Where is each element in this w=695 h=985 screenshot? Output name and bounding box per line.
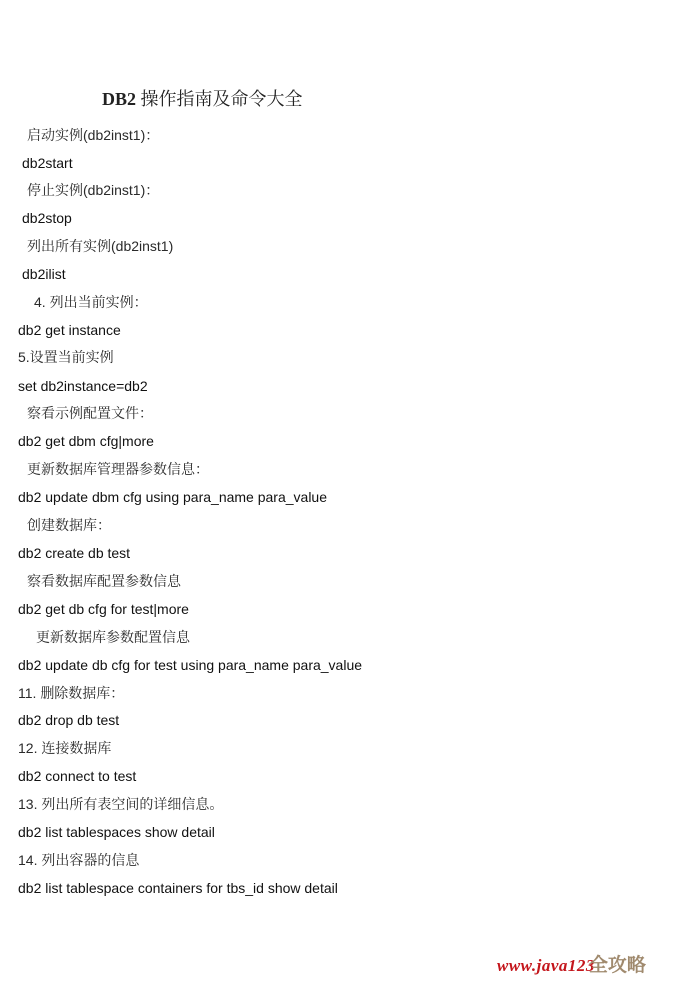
- command-line: db2start: [22, 153, 73, 173]
- section-heading: 启动实例(db2inst1)：: [27, 125, 159, 145]
- document-page: DB2 操作指南及命令大全 启动实例(db2inst1)：db2start停止实…: [0, 0, 695, 985]
- section-heading: 5.设置当前实例: [18, 347, 114, 367]
- section-heading: 13. 列出所有表空间的详细信息。: [18, 794, 223, 814]
- command-line: db2 list tablespaces show detail: [18, 822, 215, 842]
- command-line: db2 list tablespace containers for tbs_i…: [18, 878, 338, 898]
- document-title: DB2 操作指南及命令大全: [102, 86, 303, 112]
- command-line: db2 get db cfg for test|more: [18, 599, 189, 619]
- section-heading: 更新数据库参数配置信息: [36, 627, 190, 647]
- section-heading: 列出所有实例(db2inst1): [27, 236, 173, 256]
- watermark-url: www.java123: [497, 956, 595, 975]
- command-line: db2 get instance: [18, 320, 121, 340]
- site-watermark: www.java123全攻略: [497, 950, 646, 977]
- command-line: db2 create db test: [18, 543, 130, 563]
- section-heading: 12. 连接数据库: [18, 738, 111, 758]
- command-line: db2 get dbm cfg|more: [18, 431, 154, 451]
- section-heading: 11. 删除数据库：: [18, 683, 124, 703]
- command-line: db2 connect to test: [18, 766, 136, 786]
- section-heading: 察看示例配置文件：: [27, 403, 153, 423]
- command-line: db2 drop db test: [18, 710, 119, 730]
- section-heading: 更新数据库管理器参数信息：: [27, 459, 209, 479]
- title-cn: 操作指南及命令大全: [136, 89, 303, 109]
- command-line: db2ilist: [22, 264, 66, 284]
- command-line: db2stop: [22, 208, 72, 228]
- section-heading: 4. 列出当前实例：: [34, 292, 148, 312]
- section-heading: 14. 列出容器的信息: [18, 850, 139, 870]
- section-heading: 察看数据库配置参数信息: [27, 571, 181, 591]
- section-heading: 停止实例(db2inst1)：: [27, 180, 159, 200]
- command-line: db2 update db cfg for test using para_na…: [18, 655, 362, 675]
- title-latin: DB2: [102, 89, 136, 109]
- command-line: set db2instance=db2: [18, 376, 148, 396]
- section-heading: 创建数据库：: [27, 515, 111, 535]
- command-line: db2 update dbm cfg using para_name para_…: [18, 487, 327, 507]
- watermark-site-name: 全攻略: [589, 954, 646, 976]
